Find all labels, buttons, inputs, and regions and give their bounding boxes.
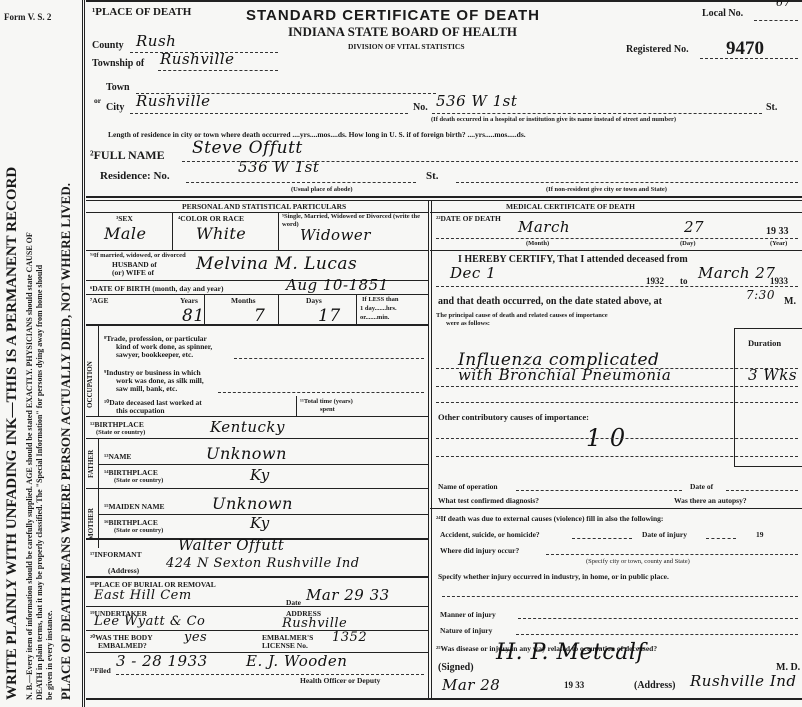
attended-to-year: 1933 xyxy=(770,276,788,286)
residence-label: Residence: No. xyxy=(100,170,170,182)
county-label: County xyxy=(92,40,124,51)
age-label: ⁷AGE xyxy=(90,296,109,305)
abode-note: (Usual place of abode) xyxy=(291,186,353,193)
test-label: What test confirmed diagnosis? xyxy=(438,496,539,505)
spouse-value: Melvina M. Lucas xyxy=(196,254,357,274)
father-birthplace-label-1: ¹⁴BIRTHPLACE xyxy=(104,468,158,477)
local-no-label: Local No. xyxy=(702,8,743,19)
full-name-value: Steve Offutt xyxy=(192,138,303,158)
m-label: M. xyxy=(784,296,796,307)
burial-value: East Hill Cem xyxy=(94,588,192,603)
city-label: City xyxy=(106,102,124,113)
sign-date-value: Mar 28 xyxy=(442,676,500,694)
nonresident-note: (If non-resident give city or town and S… xyxy=(546,186,667,193)
industry-label-3: saw mill, bank, etc. xyxy=(116,384,177,393)
father-birthplace-label-2: (State or country) xyxy=(114,477,163,484)
form-number: Form V. S. 2 xyxy=(4,12,51,22)
where-injury-label: Where did injury occur? xyxy=(440,546,519,555)
dob-value: Aug 10-1851 xyxy=(286,276,389,294)
to-label: to xyxy=(680,276,688,286)
last-worked-label-2: this occupation xyxy=(116,406,165,415)
total-time-label-1: ¹¹Total time (years) xyxy=(300,398,353,405)
local-no-value: 67 xyxy=(776,0,791,9)
physician-address-label: (Address) xyxy=(634,680,675,691)
margin-line-write-plainly: WRITE PLAINLY WITH UNFADING INK—THIS IS … xyxy=(4,167,21,700)
undertaker-value: Lee Wyatt & Co xyxy=(94,614,205,629)
cause-line-2: with Bronchial Pneumonia xyxy=(458,366,671,384)
registered-no-value: 9470 xyxy=(726,38,764,60)
less-label-3: or.......min. xyxy=(360,314,389,321)
injury-year-label: 19 xyxy=(756,530,764,539)
specify-injury-label: Specify whether injury occurred in indus… xyxy=(438,572,669,581)
other-causes-label: Other contributory causes of importance: xyxy=(438,412,589,422)
operation-date-label: Date of xyxy=(690,482,713,491)
father-name-label: ¹³NAME xyxy=(104,452,131,461)
manner-injury-label: Manner of injury xyxy=(440,610,496,619)
death-certificate: Form V. S. 2 WRITE PLAINLY WITH UNFADING… xyxy=(0,0,802,707)
license-label-2: LICENSE No. xyxy=(262,641,308,650)
attended-to: March 27 xyxy=(698,264,775,282)
residence-st-label: St. xyxy=(426,170,439,182)
license-value: 1352 xyxy=(332,630,367,645)
month-caption: (Month) xyxy=(526,240,549,247)
board-name: INDIANA STATE BOARD OF HEALTH xyxy=(288,24,517,40)
county-value: Rush xyxy=(136,32,176,50)
father-name-value: Unknown xyxy=(206,444,287,463)
margin-line-place-of-death: PLACE OF DEATH MEANS WHERE PERSON ACTUAL… xyxy=(58,183,74,700)
marital-value: Widower xyxy=(300,226,371,244)
hospital-note: (If death occurred in a hospital or inst… xyxy=(431,116,676,123)
father-birthplace-value: Ky xyxy=(250,466,270,484)
health-officer-label: Health Officer or Deputy xyxy=(300,676,380,685)
sign-year-value: 19 33 xyxy=(564,680,584,690)
mother-birthplace-value: Ky xyxy=(250,514,270,532)
dod-day: 27 xyxy=(684,218,704,236)
margin-line-every-instance: be given in every instance. xyxy=(45,610,54,700)
where-injury-note: (Specify city or town, county and State) xyxy=(586,558,690,565)
cause-intro-2: were as follows: xyxy=(446,320,490,327)
time-value: 7:30 xyxy=(746,288,775,302)
dod-year: 19 33 xyxy=(766,226,789,237)
operation-label: Name of operation xyxy=(438,482,498,491)
division-name: DIVISION OF VITAL STATISTICS xyxy=(348,42,465,51)
or-label: or xyxy=(94,96,101,105)
duration-label: Duration xyxy=(748,338,781,348)
physician-signature: H. P. Metcalf xyxy=(496,640,645,665)
less-label-2: 1 day.......hrs. xyxy=(360,305,397,312)
injury-date-label: Date of injury xyxy=(642,530,687,539)
dob-label: ⁶DATE OF BIRTH (month, day and year) xyxy=(90,284,223,293)
year-caption: (Year) xyxy=(770,240,787,247)
residence-length-line: Length of residence in city or town wher… xyxy=(108,130,526,139)
margin-line-death-terms: DEATH in plain terms, that it may be pro… xyxy=(35,265,44,700)
occupation-side-label: OCCUPATION xyxy=(86,361,94,408)
birthplace-label-2: (State or country) xyxy=(96,429,145,436)
accident-label: Accident, suicide, or homicide? xyxy=(440,530,540,539)
sex-label: ³SEX xyxy=(116,214,133,223)
race-label: ⁴COLOR OR RACE xyxy=(178,214,244,223)
months-label: Months xyxy=(231,296,256,305)
dod-month: March xyxy=(518,218,570,236)
registered-no-label: Registered No. xyxy=(626,44,689,55)
attended-from-year: 1932 xyxy=(646,276,664,286)
street-no-label: No. xyxy=(413,102,428,113)
town-label: Town xyxy=(106,82,130,93)
burial-date-value: Mar 29 33 xyxy=(306,586,390,604)
less-label-1: If LESS than xyxy=(362,296,399,303)
street-st-label: St. xyxy=(766,102,777,113)
day-caption: (Day) xyxy=(680,240,696,247)
township-label: Township of xyxy=(92,58,144,69)
informant-value: Walter Offutt xyxy=(178,536,284,554)
undertaker-address-value: Rushville xyxy=(282,616,347,631)
city-value: Rushville xyxy=(136,92,211,110)
dod-label: ²²DATE OF DEATH xyxy=(436,214,501,223)
street-no-value: 536 W 1st xyxy=(436,92,517,110)
embalmed-value: yes xyxy=(184,630,207,645)
spouse-label-1: ⁵ᵃIf married, widowed, or divorced xyxy=(90,252,186,259)
attended-from: Dec 1 xyxy=(450,264,496,282)
years-label: Years xyxy=(180,296,198,305)
township-value: Rushville xyxy=(160,50,235,68)
nature-injury-label: Nature of injury xyxy=(440,626,492,635)
days-value: 17 xyxy=(318,306,341,326)
spouse-label-3: (or) WIFE of xyxy=(112,268,154,277)
months-value: 7 xyxy=(254,306,265,326)
father-side-label: FATHER xyxy=(87,450,95,478)
certificate-title: STANDARD CERTIFICATE OF DEATH xyxy=(246,7,540,24)
residence-value: 536 W 1st xyxy=(238,158,319,176)
place-of-death-label: ¹PLACE OF DEATH xyxy=(92,6,191,18)
margin-line-nb: N. B.—Every item of information should b… xyxy=(25,232,34,700)
filed-label: ²¹Filed xyxy=(90,666,111,675)
margin-instructions: Form V. S. 2 WRITE PLAINLY WITH UNFADING… xyxy=(0,0,85,707)
informant-label: ¹⁷INFORMANT xyxy=(90,550,142,559)
mother-birthplace-label-1: ¹⁶BIRTHPLACE xyxy=(104,518,158,527)
sex-value: Male xyxy=(104,224,147,243)
autopsy-label: Was there an autopsy? xyxy=(674,496,747,505)
race-value: White xyxy=(196,224,246,243)
mother-birthplace-label-2: (State or country) xyxy=(114,527,163,534)
occurred-text: and that death occurred, on the date sta… xyxy=(438,296,662,307)
medical-section-title: MEDICAL CERTIFICATE OF DEATH xyxy=(506,202,635,211)
birthplace-label-1: ¹²BIRTHPLACE xyxy=(90,420,144,429)
cause-intro-1: The principal cause of death and related… xyxy=(436,312,608,319)
informant-address-label: (Address) xyxy=(108,566,139,575)
mother-name-label: ¹⁵MAIDEN NAME xyxy=(104,502,165,511)
certificate-body: ¹PLACE OF DEATH STANDARD CERTIFICATE OF … xyxy=(86,0,802,700)
years-value: 81 xyxy=(182,306,205,326)
trade-label-3: sawyer, bookkeeper, etc. xyxy=(116,350,193,359)
mother-name-value: Unknown xyxy=(212,494,293,513)
duration-value: 3 Wks xyxy=(748,366,797,384)
mother-side-label: MOTHER xyxy=(87,508,95,540)
signed-label: (Signed) xyxy=(438,662,474,673)
health-officer-signature: E. J. Wooden xyxy=(246,652,347,670)
full-name-label: ²FULL NAME xyxy=(90,148,165,163)
external-causes-label: ²⁴If death was due to external causes (v… xyxy=(436,514,663,523)
embalmed-label-2: EMBALMED? xyxy=(98,641,147,650)
personal-section-title: PERSONAL AND STATISTICAL PARTICULARS xyxy=(182,202,346,211)
physician-address-value: Rushville Ind xyxy=(690,672,797,690)
birthplace-value: Kentucky xyxy=(210,418,285,436)
filed-value: 3 - 28 1933 xyxy=(116,652,208,670)
total-time-label-2: spent xyxy=(320,406,335,413)
days-label: Days xyxy=(306,296,322,305)
informant-address-value: 424 N Sexton Rushville Ind xyxy=(166,556,360,571)
